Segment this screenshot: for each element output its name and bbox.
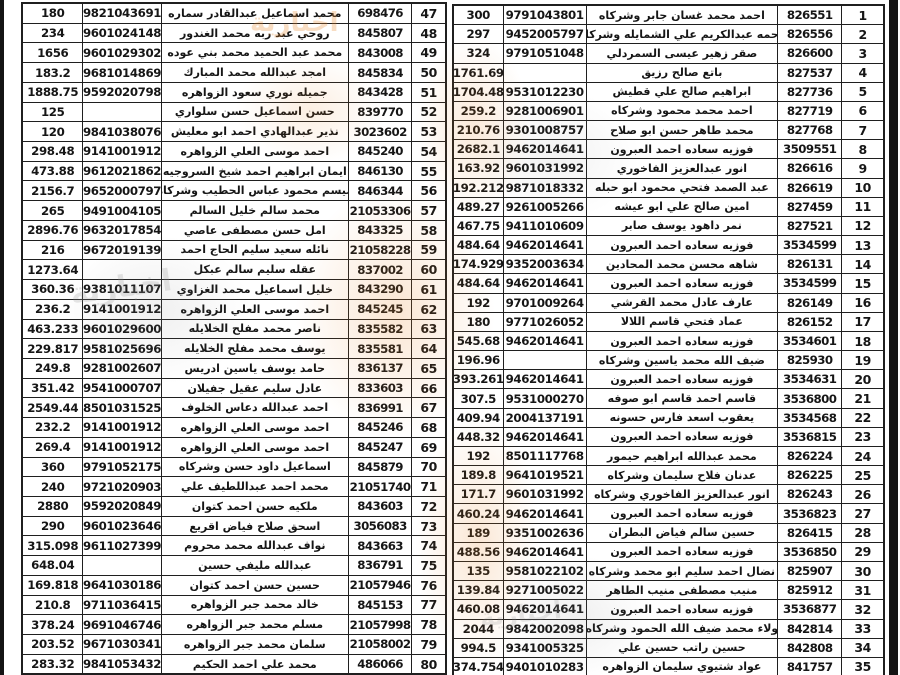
id-cell: 9141001912 [83,438,161,457]
amount-cell: 298.48 [23,142,83,161]
table-row: 460.089462014641فوزيه سعاده احمد العبرون… [454,600,883,619]
id-cell: 9462014641 [504,332,587,350]
amount-cell: 210.8 [23,596,83,615]
no-cell: 26 [842,485,883,503]
id-cell: 9411010609 [504,217,587,235]
no-cell: 8 [842,140,883,158]
serial-cell: 837002 [349,260,412,279]
id-cell: 9301008757 [504,121,587,139]
serial-cell: 826556 [778,25,842,43]
serial-cell: 846344 [349,181,412,200]
id-cell: 9711036415 [83,596,161,615]
serial-cell: 842808 [778,639,842,657]
scan-edge-left [0,0,4,675]
table-row: 360.369381011107خليل اسماعيل محمد الغزاو… [23,280,445,300]
amount-cell: 216 [23,241,83,260]
table-row: 351.429541000707عادل سليم عقيل جفيلان833… [23,379,445,399]
id-cell: 9271005022 [504,581,587,599]
amount-cell: 174.929 [454,255,504,273]
no-cell: 18 [842,332,883,350]
no-cell: 66 [412,379,445,398]
name-cell: مسلم محمد جبر الزواهره [162,615,349,634]
table-row: 20449842002098ولاء محمد ضيف الله الحمود … [454,620,883,639]
amount-cell: 484.64 [454,236,504,254]
id-cell: 9791052175 [83,458,161,477]
name-cell: خالد محمد جبر الزواهره [162,596,349,615]
id-cell: 9541000707 [83,379,161,398]
scan-edge-right [889,0,898,675]
table-row: 171.79601031992انور عبدالعزيز الفاخوري و… [454,485,883,504]
name-cell: حسين سالم فياض البطران [587,524,778,542]
name-cell: عقله سليم سالم عبكل [162,260,349,279]
no-cell: 30 [842,562,883,580]
id-cell [504,64,587,82]
table-row: 259.29281006901احمد محمد محمود وشركاه827… [454,102,883,121]
id-cell: 9462014641 [504,370,587,388]
table-row: 298.489141001912احمد موسى العلي الزواهره… [23,142,445,162]
scanned-beneficiary-list-page: 1809821043691محمد اسماعيل عبدالقادر سمار… [0,0,900,675]
serial-cell: 835581 [349,339,412,358]
no-cell: 28 [842,524,883,542]
table-row: 169.8189641030186حسين حسن احمد كتوان2105… [23,576,445,596]
name-cell: ضيف الله محمد ياسين وشركاه [587,351,778,369]
serial-cell: 826149 [778,294,842,312]
amount-cell: 183.2 [23,63,83,82]
no-cell: 25 [842,466,883,484]
amount-cell: 351.42 [23,379,83,398]
name-cell: عارف عادل محمد القرشي [587,294,778,312]
serial-cell: 3534568 [778,409,842,427]
name-cell: امل حسن مصطفى عاصي [162,221,349,240]
table-row: 2549.448501031525احمد عبدالله دعاس الخلو… [23,398,445,418]
id-cell: 9841053432 [83,655,161,674]
name-cell: فوزيه سعاده احمد العبرون [587,236,778,254]
no-cell: 57 [412,201,445,220]
amount-cell: 460.08 [454,600,504,618]
amount-cell: 374.754 [454,658,504,675]
serial-cell: 826152 [778,313,842,331]
id-cell: 9641019521 [504,466,587,484]
table-row: 1704.489531012230ابراهيم صالح علي قطيش82… [454,83,883,102]
no-cell: 77 [412,596,445,615]
table-row: 229.8179581025696يوسف محمد مفلح الخلايله… [23,339,445,359]
name-cell: فوزيه سعاده احمد العبرون [587,600,778,618]
amount-cell: 994.5 [454,639,504,657]
no-cell: 48 [412,24,445,43]
amount-cell: 488.56 [454,543,504,561]
id-cell: 9581022102 [504,562,587,580]
amount-cell: 290 [23,517,83,536]
name-cell: فوزيه سعاده احمد العبرون [587,543,778,561]
no-cell: 56 [412,181,445,200]
serial-cell: 826600 [778,44,842,62]
table-row: 2896.769632017854امل حسن مصطفى عاصي84332… [23,221,445,241]
table-row: 1761.69باتع صالح رزيق8275374 [454,64,883,83]
no-cell: 24 [842,447,883,465]
no-cell: 47 [412,4,445,23]
name-cell: قاسم احمد قاسم ابو صوفه [587,389,778,407]
amount-cell: 135 [454,562,504,580]
serial-cell: 845245 [349,300,412,319]
table-row: 378.249691046746مسلم محمد جبر الزواهره21… [23,615,445,635]
name-cell: ناصر محمد مفلح الخلايله [162,320,349,339]
id-cell: 9141001912 [83,300,161,319]
id-cell: 9791043801 [504,6,587,24]
no-cell: 55 [412,162,445,181]
no-cell: 15 [842,274,883,292]
table-row: 174.9299352003634شاهه محسن محمد المحادين… [454,255,883,274]
no-cell: 63 [412,320,445,339]
no-cell: 11 [842,198,883,216]
amount-cell: 192.212 [454,179,504,197]
id-cell: 9841038076 [83,122,161,141]
name-cell: عبد الصمد فتحي محمود ابو حبله [587,179,778,197]
amount-cell: 192 [454,447,504,465]
id-cell [83,103,161,122]
table-rows-1-35: 3009791043801احمد محمد غسان جابر وشركاه8… [452,4,885,675]
table-row: 183.29681014869امجد عبدالله محمد المبارك… [23,63,445,83]
no-cell: 75 [412,556,445,575]
amount-cell: 467.75 [454,217,504,235]
table-row: 489.279261005266امين صالح علي ابو عيشه82… [454,198,883,217]
id-cell: 9601024148 [83,24,161,43]
serial-cell: 486066 [349,655,412,674]
table-row: 1359581022102نضال احمد سليم ابو محمد وشر… [454,562,883,581]
id-cell: 2004137191 [504,409,587,427]
no-cell: 69 [412,438,445,457]
serial-cell: 845240 [349,142,412,161]
name-cell: حامد يوسف ياسين ادريس [162,359,349,378]
serial-cell: 3509551 [778,140,842,158]
amount-cell: 189 [454,524,504,542]
serial-cell: 826243 [778,485,842,503]
name-cell: امين صالح علي ابو عيشه [587,198,778,216]
no-cell: 19 [842,351,883,369]
name-cell: عماد فتحي قاسم اللالا [587,313,778,331]
name-cell: شاهه محسن محمد المحادين [587,255,778,273]
no-cell: 52 [412,103,445,122]
amount-cell: 240 [23,477,83,496]
no-cell: 3 [842,44,883,62]
name-cell: عادل سليم عقيل جفيلان [162,379,349,398]
no-cell: 74 [412,536,445,555]
amount-cell: 234 [23,24,83,43]
table-row: 236.29141001912احمد موسى العلي الزواهره8… [23,300,445,320]
table-row: 393.2619462014641فوزيه سعاده احمد العبرو… [454,370,883,389]
id-cell: 8501117768 [504,447,587,465]
no-cell: 20 [842,370,883,388]
table-row: 467.759411010609نمر داهود يوسف صابر82752… [454,217,883,236]
amount-cell: 463.233 [23,320,83,339]
name-cell: محمد سالم خليل السالم [162,201,349,220]
id-cell: 9351002636 [504,524,587,542]
no-cell: 4 [842,64,883,82]
no-cell: 35 [842,658,883,675]
name-cell: منيب مصطفى منيب الطاهر [587,581,778,599]
name-cell: فوزيه سعاده احمد العبرون [587,274,778,292]
name-cell: يعقوب اسعد فارس حسونه [587,409,778,427]
id-cell: 9601031992 [504,159,587,177]
no-cell: 1 [842,6,883,24]
name-cell: فوزيه سعاده احمد العبرون [587,370,778,388]
name-cell: محمد طاهر حسن ابو صلاح [587,121,778,139]
amount-cell: 169.818 [23,576,83,595]
amount-cell: 120 [23,122,83,141]
table-row: 2409721020903محمد احمد عبداللطيف علي2105… [23,477,445,497]
table-row: 448.329462014641فوزيه سعاده احمد العبرون… [454,428,883,447]
serial-cell: 827459 [778,198,842,216]
table-row: 648.04عبدالله مليفي حسين83679175 [23,556,445,576]
serial-cell: 3536823 [778,504,842,522]
no-cell: 79 [412,635,445,654]
serial-cell: 21053306 [349,201,412,220]
amount-cell: 236.2 [23,300,83,319]
table-row: 484.649462014641فوزيه سعاده احمد العبرون… [454,274,883,293]
amount-cell: 448.32 [454,428,504,446]
no-cell: 16 [842,294,883,312]
amount-cell: 192 [454,294,504,312]
name-cell: محمد عبد الحميد محمد بني عوده [162,43,349,62]
table-row: 3609791052175اسماعيل داود حسن وشركاه8458… [23,458,445,478]
no-cell: 51 [412,83,445,102]
no-cell: 12 [842,217,883,235]
id-cell: 9791051048 [504,44,587,62]
no-cell: 31 [842,581,883,599]
no-cell: 78 [412,615,445,634]
serial-cell: 826616 [778,159,842,177]
serial-cell: 826551 [778,6,842,24]
amount-cell: 484.64 [454,274,504,292]
table-row: 232.29141001912احمد موسى العلي الزواهره8… [23,418,445,438]
name-cell: عدنان فلاح سليمان وشركاه [587,466,778,484]
table-row: 2156.79652000797ميسم محمود عباس الحطيب و… [23,181,445,201]
name-cell: احمد محمد غسان جابر وشركاه [587,6,778,24]
no-cell: 7 [842,121,883,139]
table-row: 315.0989611027399نواف عبدالله محمد محروم… [23,536,445,556]
serial-cell: 845834 [349,63,412,82]
amount-cell: 2880 [23,497,83,516]
name-cell: صقر زهير عيسى السمردلي [587,44,778,62]
id-cell: 9491004105 [83,201,161,220]
no-cell: 60 [412,260,445,279]
name-cell: سلمان محمد جبر الزواهره [162,635,349,654]
amount-cell: 315.098 [23,536,83,555]
id-cell: 9691046746 [83,615,161,634]
no-cell: 34 [842,639,883,657]
name-cell: عواد شتيوي سليمان الزواهره [587,658,778,675]
name-cell: نذير عبدالهادي احمد ابو معليش [162,122,349,141]
name-cell: حسين راتب حسين علي [587,639,778,657]
name-cell: روحي عبد ربه محمد الغندور [162,24,349,43]
name-cell: فوزيه سعاده احمد العبرون [587,140,778,158]
amount-cell: 163.92 [454,159,504,177]
name-cell: نمر داهود يوسف صابر [587,217,778,235]
no-cell: 2 [842,25,883,43]
no-cell: 80 [412,655,445,674]
serial-cell: 3023602 [349,122,412,141]
serial-cell: 845879 [349,458,412,477]
serial-cell: 845246 [349,418,412,437]
id-cell: 9462014641 [504,274,587,292]
id-cell: 9281002607 [83,359,161,378]
serial-cell: 827521 [778,217,842,235]
amount-cell: 2044 [454,620,504,638]
serial-cell: 21057946 [349,576,412,595]
table-row: 189.89641019521عدنان فلاح سليمان وشركاه8… [454,466,883,485]
id-cell: 9462014641 [504,543,587,561]
name-cell: باتع صالح رزيق [587,64,778,82]
id-cell: 9401010283 [504,658,587,675]
table-row: 163.929601031992انور عبدالعزيز الفاخوري8… [454,159,883,178]
amount-cell: 229.817 [23,339,83,358]
serial-cell: 825912 [778,581,842,599]
serial-cell: 3536877 [778,600,842,618]
name-cell: عبدالله مليفي حسين [162,556,349,575]
name-cell: احمد موسى العلي الزواهره [162,418,349,437]
serial-cell: 839770 [349,103,412,122]
no-cell: 76 [412,576,445,595]
id-cell: 9601031992 [504,485,587,503]
id-cell [504,351,587,369]
no-cell: 59 [412,241,445,260]
serial-cell: 21051740 [349,477,412,496]
serial-cell: 841757 [778,658,842,675]
id-cell: 9531000270 [504,389,587,407]
amount-cell: 393.261 [454,370,504,388]
no-cell: 71 [412,477,445,496]
id-cell: 9672019139 [83,241,161,260]
amount-cell: 232.2 [23,418,83,437]
name-cell: احمد موسى العلي الزواهره [162,300,349,319]
serial-cell: 3536800 [778,389,842,407]
amount-cell: 360.36 [23,280,83,299]
table-row: 139.849271005022منيب مصطفى منيب الطاهر82… [454,581,883,600]
id-cell: 9261005266 [504,198,587,216]
no-cell: 72 [412,497,445,516]
serial-cell: 21058228 [349,241,412,260]
name-cell: محمد احمد عبداللطيف علي [162,477,349,496]
no-cell: 73 [412,517,445,536]
table-row: 1809771026052عماد فتحي قاسم اللالا826152… [454,313,883,332]
no-cell: 33 [842,620,883,638]
name-cell: انور عبدالعزيز الفاخوري وشركاه [587,485,778,503]
amount-cell: 180 [23,4,83,23]
table-row: 473.889612021862ايمان ابراهيم احمد شيخ ا… [23,162,445,182]
amount-cell: 2896.76 [23,221,83,240]
amount-cell: 324 [454,44,504,62]
id-cell: 9581025696 [83,339,161,358]
id-cell: 9641030186 [83,576,161,595]
serial-cell: 846130 [349,162,412,181]
serial-cell: 843663 [349,536,412,555]
table-row: 1928501117768محمد عبدالله ابراهيم حيمور8… [454,447,883,466]
id-cell: 9341005325 [504,639,587,657]
table-row: 2659491004105محمد سالم خليل السالم210533… [23,201,445,221]
id-cell: 8501031525 [83,398,161,417]
no-cell: 49 [412,43,445,62]
table-row: 1273.64عقله سليم سالم عبكل83700260 [23,260,445,280]
table-rows-47-80: 1809821043691محمد اسماعيل عبدالقادر سمار… [21,2,447,675]
id-cell: 9601029302 [83,43,161,62]
amount-cell: 648.04 [23,556,83,575]
table-row: 1888.759592020798جميله نوري سعود الزواهر… [23,83,445,103]
name-cell: جميله نوري سعود الزواهره [162,83,349,102]
serial-cell: 845153 [349,596,412,615]
id-cell: 9141001912 [83,142,161,161]
no-cell: 53 [412,122,445,141]
id-cell: 9601023646 [83,517,161,536]
name-cell: ميسم محمود عباس الحطيب وشركاه [162,181,349,200]
table-row: 192.2129871018332عبد الصمد فتحي محمود اب… [454,179,883,198]
serial-cell: 843325 [349,221,412,240]
amount-cell: 1704.48 [454,83,504,101]
table-row: 994.59341005325حسين راتب حسين علي8428083… [454,639,883,658]
serial-cell: 836991 [349,398,412,417]
serial-cell: 3534599 [778,236,842,254]
name-cell: محمد عبدالله ابراهيم حيمور [587,447,778,465]
id-cell: 9771026052 [504,313,587,331]
table-row: 16569601029302محمد عبد الحميد محمد بني ع… [23,43,445,63]
table-row: 460.249462014641فوزيه سعاده احمد العبرون… [454,504,883,523]
amount-cell: 300 [454,6,504,24]
no-cell: 10 [842,179,883,197]
amount-cell: 196.96 [454,351,504,369]
id-cell: 9601029600 [83,320,161,339]
name-cell: احمد محمد محمود وشركاه [587,102,778,120]
amount-cell: 2156.7 [23,181,83,200]
id-cell: 9652000797 [83,181,161,200]
id-cell: 9452005797 [504,25,587,43]
table-row: 2349601024148روحي عبد ربه محمد الغندور84… [23,24,445,44]
name-cell: يوسف محمد مفلح الخلايله [162,339,349,358]
name-cell: فوزيه سعاده احمد العبرون [587,504,778,522]
name-cell: احمد موسى العلي الزواهره [162,438,349,457]
serial-cell: 3056083 [349,517,412,536]
table-row: 2909601023646اسحق صلاح فياض اقريع3056083… [23,517,445,537]
amount-cell: 265 [23,201,83,220]
serial-cell: 843290 [349,280,412,299]
serial-cell: 836791 [349,556,412,575]
no-cell: 5 [842,83,883,101]
serial-cell: 826619 [778,179,842,197]
amount-cell: 203.52 [23,635,83,654]
name-cell: امجد عبدالله محمد المبارك [162,63,349,82]
id-cell [83,556,161,575]
amount-cell: 1761.69 [454,64,504,82]
id-cell: 9281006901 [504,102,587,120]
serial-cell: 21057998 [349,615,412,634]
name-cell: ملكيه حسن احمد كتوان [162,497,349,516]
table-row: 1809821043691محمد اسماعيل عبدالقادر سمار… [23,4,445,24]
serial-cell: 3536815 [778,428,842,446]
serial-cell: 845247 [349,438,412,457]
name-cell: نواف عبدالله محمد محروم [162,536,349,555]
id-cell: 9592020798 [83,83,161,102]
amount-cell: 269.4 [23,438,83,457]
amount-cell: 2682.1 [454,140,504,158]
no-cell: 13 [842,236,883,254]
no-cell: 68 [412,418,445,437]
table-row: 1929701009264عارف عادل محمد القرشي826149… [454,294,883,313]
table-row: 2682.19462014641فوزيه سعاده احمد العبرون… [454,140,883,159]
table-row: 484.649462014641فوزيه سعاده احمد العبرون… [454,236,883,255]
amount-cell: 139.84 [454,581,504,599]
id-cell: 9531012230 [504,83,587,101]
name-cell: خليل اسماعيل محمد الغزاوي [162,280,349,299]
amount-cell: 1888.75 [23,83,83,102]
no-cell: 61 [412,280,445,299]
serial-cell: 827537 [778,64,842,82]
